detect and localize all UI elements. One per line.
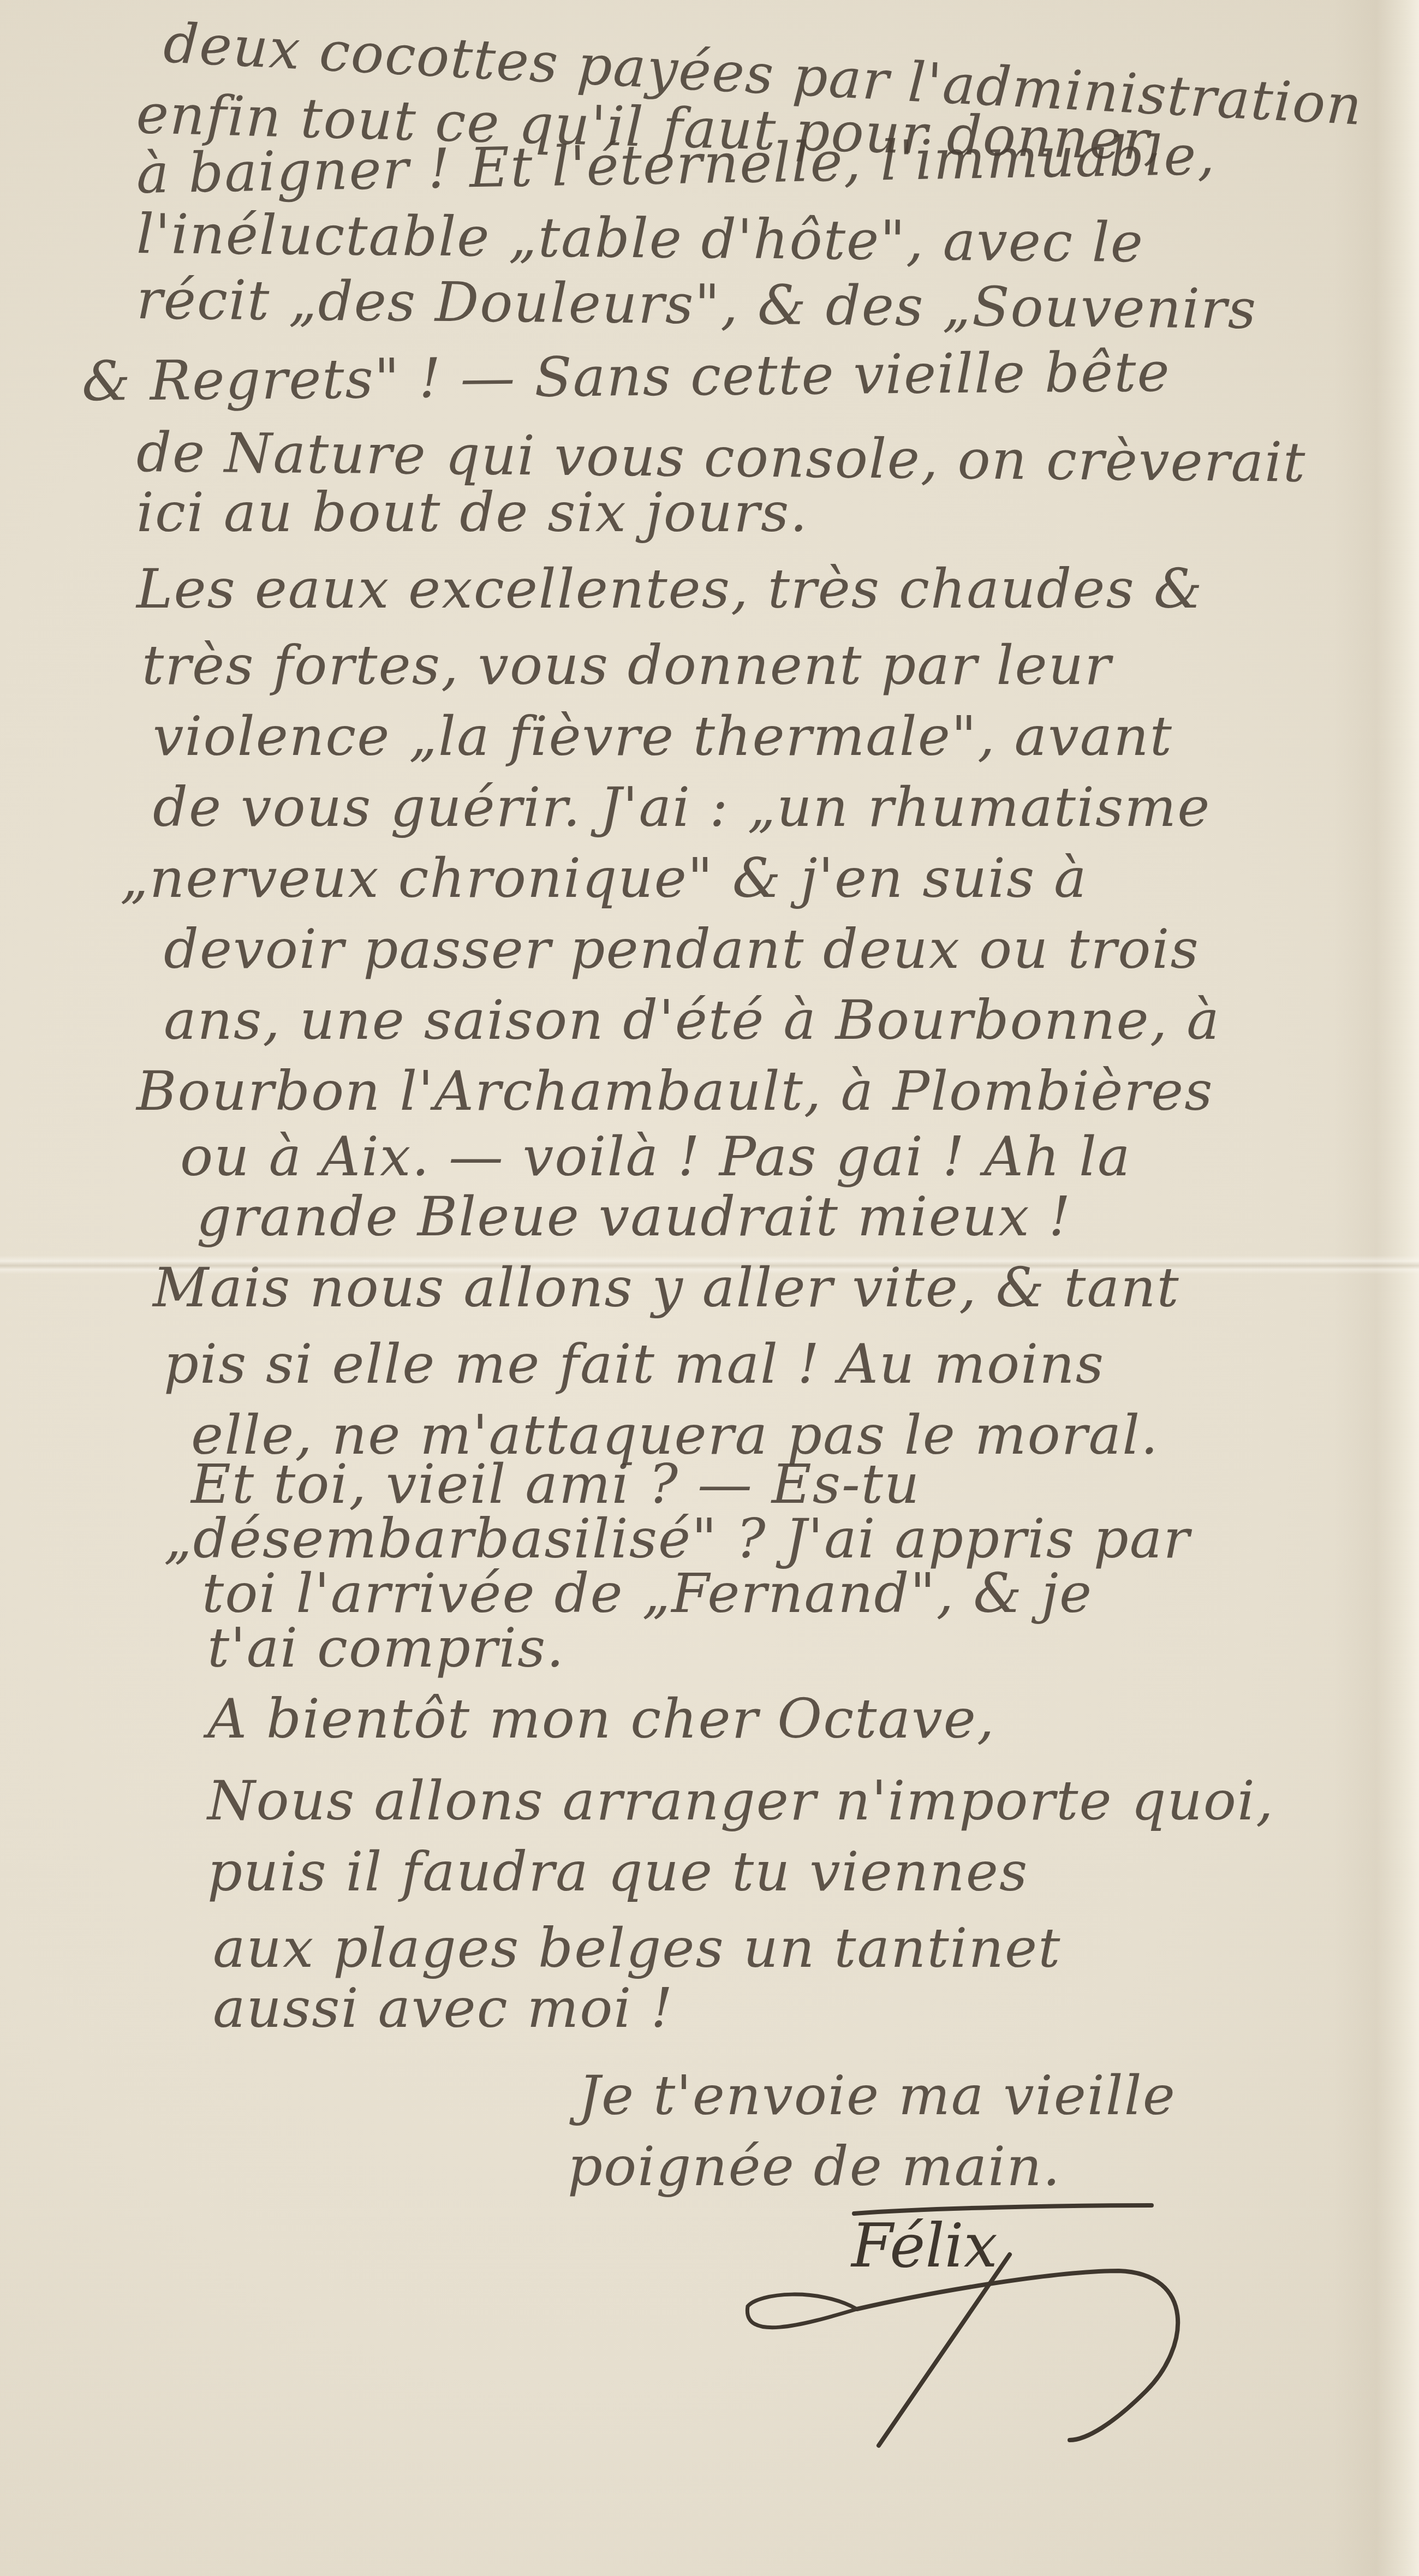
signature-flourish-icon	[0, 0, 1419, 2576]
